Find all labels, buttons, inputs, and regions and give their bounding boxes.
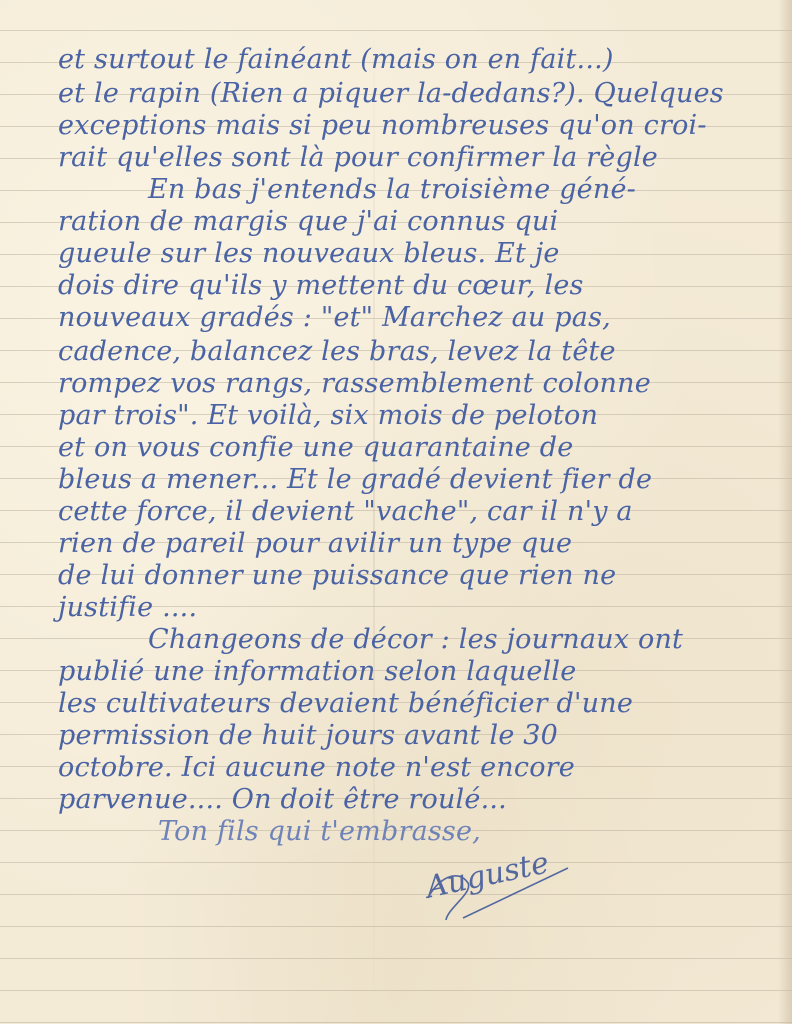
text-line-23: octobre. Ici aucune note n'est encore	[58, 752, 575, 784]
paper-edge-shadow	[778, 0, 792, 1024]
text-line-5: En bas j'entends la troisième géné-	[148, 174, 636, 206]
text-line-15: cette force, il devient "vache", car il …	[58, 496, 633, 528]
text-line-13: et on vous confie une quarantaine de	[58, 432, 573, 464]
text-line-22: permission de huit jours avant le 30	[58, 720, 558, 752]
text-line-11: rompez vos rangs, rassemblement colonne	[58, 368, 651, 400]
text-line-1: et surtout le fainéant (mais on en fait.…	[58, 44, 614, 76]
text-line-6: ration de margis que j'ai connus qui	[58, 206, 558, 238]
text-line-7: gueule sur les nouveaux bleus. Et je	[58, 238, 560, 270]
text-line-9: nouveaux gradés : "et" Marchez au pas,	[58, 302, 611, 334]
text-line-10: cadence, balancez les bras, levez la têt…	[58, 336, 616, 368]
letter-page: et surtout le fainéant (mais on en fait.…	[0, 0, 792, 1024]
text-line-4: rait qu'elles sont là pour confirmer la …	[58, 142, 658, 174]
closing-line: Ton fils qui t'embrasse,	[158, 816, 481, 848]
text-line-12: par trois". Et voilà, six mois de peloto…	[58, 400, 598, 432]
text-line-19: Changeons de décor : les journaux ont	[148, 624, 683, 656]
text-line-18: justifie ....	[58, 592, 197, 624]
text-line-17: de lui donner une puissance que rien ne	[58, 560, 616, 592]
text-line-20: publié une information selon laquelle	[58, 656, 576, 688]
text-line-16: rien de pareil pour avilir un type que	[58, 528, 572, 560]
text-line-8: dois dire qu'ils y mettent du cœur, les	[58, 270, 584, 302]
text-line-2: et le rapin (Rien a piquer la-dedans?). …	[58, 78, 724, 110]
text-line-21: les cultivateurs devaient bénéficier d'u…	[58, 688, 633, 720]
text-line-24: parvenue.... On doit être roulé...	[58, 784, 507, 816]
text-line-14: bleus a mener... Et le gradé devient fie…	[58, 464, 652, 496]
text-line-3: exceptions mais si peu nombreuses qu'on …	[58, 110, 707, 142]
